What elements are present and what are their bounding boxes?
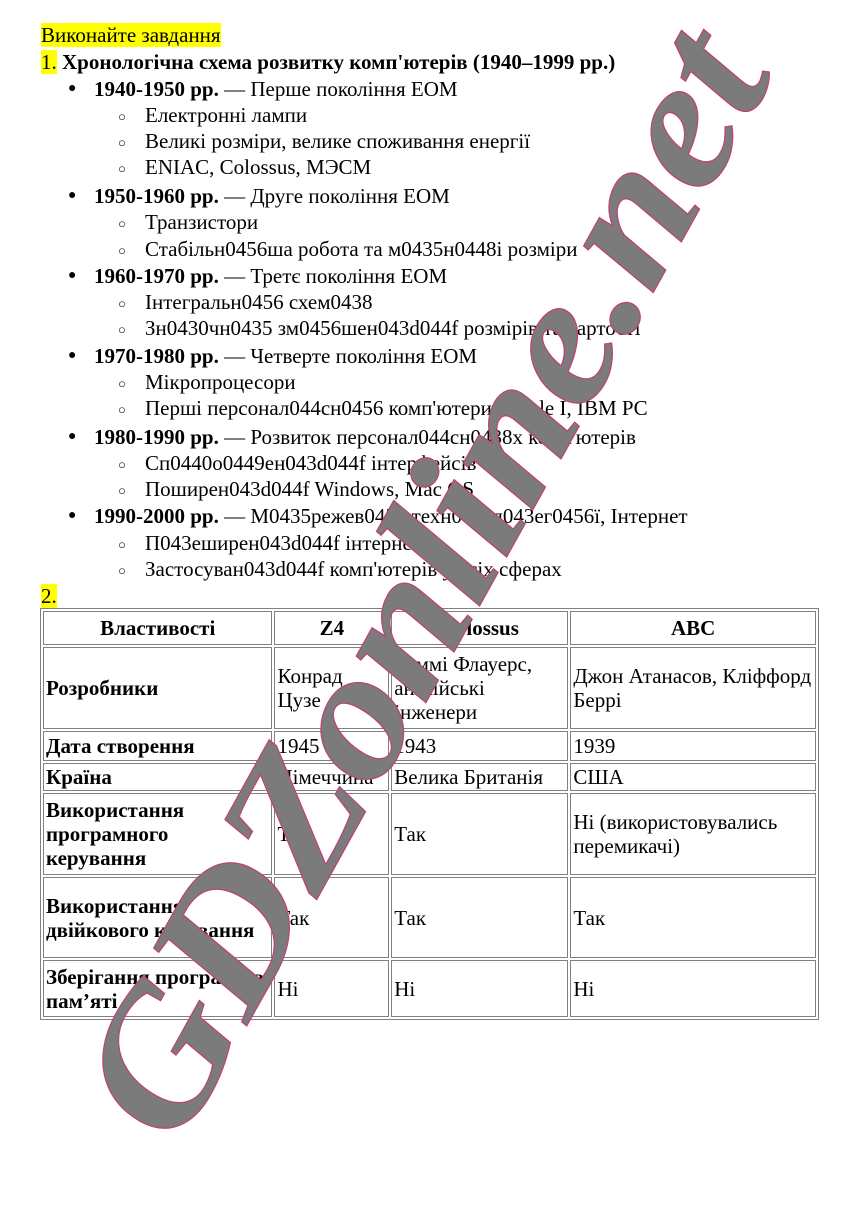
table-cell: США (570, 763, 816, 791)
period-years: 1980-1990 рр. (94, 425, 219, 449)
period-subitem: ○Застосуван043d044f комп'ютерів у всіх с… (145, 556, 562, 582)
circle-bullet-icon: ○ (118, 558, 126, 584)
header-colossus: Colossus (391, 611, 568, 645)
period-subitem: ○Електронні лампи (145, 102, 307, 128)
circle-bullet-icon: ○ (118, 397, 126, 423)
section1-title: Хронологічна схема розвитку комп'ютерів … (62, 50, 615, 74)
circle-bullet-icon: ○ (118, 317, 126, 343)
table-cell: Ні (274, 960, 389, 1017)
row-label: Дата створення (43, 731, 272, 761)
subitem-text: Стабільн0456ша робота та м0435н0448і роз… (145, 237, 577, 261)
period-years: 1990-2000 рр. (94, 504, 219, 528)
subitem-text: Електронні лампи (145, 103, 307, 127)
period-subitem: ○Перші персонал044сн0456 комп'ютери: App… (145, 395, 648, 421)
table-cell: Так (391, 877, 568, 958)
bullet-icon: ● (68, 424, 76, 450)
table-cell: Томмі Флауерс, англійські інженери (391, 647, 568, 729)
period-subitem: ○П043еширен043d044f інтернету (145, 530, 431, 556)
header-properties: Властивості (43, 611, 272, 645)
bullet-icon: ● (68, 76, 76, 102)
period-subitem: ○Сп0440о0449ен043d044f інтерфейсів (145, 450, 476, 476)
table-header-row: Властивості Z4 Colossus ABC (43, 611, 816, 645)
subitem-text: Застосуван043d044f комп'ютерів у всіх сф… (145, 557, 562, 581)
bullet-icon: ● (68, 263, 76, 289)
period-description: — Розвиток персонал044сн0438х комп'ютері… (219, 425, 636, 449)
table-cell: Так (274, 877, 389, 958)
row-label: Використання програмного керування (43, 793, 272, 875)
period-item: ●1970-1980 рр. — Четверте покоління ЕОМ (94, 343, 477, 369)
table-cell: Так (391, 793, 568, 875)
header-abc: ABC (570, 611, 816, 645)
period-subitem: ○ENIAC, Colossus, МЭСМ (145, 154, 371, 180)
period-subitem: ○Стабільн0456ша робота та м0435н0448і ро… (145, 236, 577, 262)
period-description: — Друге покоління ЕОМ (219, 184, 450, 208)
table-cell: Так (570, 877, 816, 958)
document-page: Виконайте завдання 1. Хронологічна схема… (0, 0, 860, 1224)
circle-bullet-icon: ○ (118, 130, 126, 156)
table-row: КраїнаНімеччинаВелика БританіяСША (43, 763, 816, 791)
table-cell: Ні (391, 960, 568, 1017)
table-cell: Ні (використовувались перемикачі) (570, 793, 816, 875)
bullet-icon: ● (68, 503, 76, 529)
circle-bullet-icon: ○ (118, 238, 126, 264)
circle-bullet-icon: ○ (118, 371, 126, 397)
table-cell: 1939 (570, 731, 816, 761)
computers-comparison-table: Властивості Z4 Colossus ABC РозробникиКо… (40, 608, 819, 1020)
task-heading: Виконайте завдання (41, 22, 221, 48)
subitem-text: Інтегральн0456 схем0438 (145, 290, 373, 314)
period-years: 1950-1960 рр. (94, 184, 219, 208)
row-label: Країна (43, 763, 272, 791)
circle-bullet-icon: ○ (118, 478, 126, 504)
subitem-text: Транзистори (145, 210, 258, 234)
period-description: — Третє покоління ЕОМ (219, 264, 447, 288)
period-description: — Перше покоління ЕОМ (219, 77, 458, 101)
period-item: ●1940-1950 рр. — Перше покоління ЕОМ (94, 76, 458, 102)
table-cell: Велика Британія (391, 763, 568, 791)
circle-bullet-icon: ○ (118, 104, 126, 130)
period-subitem: ○Зн0430чн0435 зм0456шен043d044f розмірів… (145, 315, 641, 341)
table-row: Зберігання програми в пам’ятіНіНіНі (43, 960, 816, 1017)
header-z4: Z4 (274, 611, 389, 645)
subitem-text: ENIAC, Colossus, МЭСМ (145, 155, 371, 179)
period-subitem: ○Транзистори (145, 209, 258, 235)
period-years: 1940-1950 рр. (94, 77, 219, 101)
row-label: Розробники (43, 647, 272, 729)
subitem-text: Зн0430чн0435 зм0456шен043d044f розмірів … (145, 316, 641, 340)
table-cell: Конрад Цузе (274, 647, 389, 729)
bullet-icon: ● (68, 343, 76, 369)
subitem-text: П043еширен043d044f інтернету (145, 531, 431, 555)
table-cell: Німеччина (274, 763, 389, 791)
period-subitem: ○Мікропроцесори (145, 369, 296, 395)
period-item: ●1980-1990 рр. — Розвиток персонал044сн0… (94, 424, 636, 450)
period-item: ●1950-1960 рр. — Друге покоління ЕОМ (94, 183, 450, 209)
table-cell: Джон Атанасов, Кліффорд Беррі (570, 647, 816, 729)
period-item: ●1990-2000 рр. — М0435режев0456 техн043е… (94, 503, 688, 529)
table-row: Дата створення194519431939 (43, 731, 816, 761)
subitem-text: Мікропроцесори (145, 370, 296, 394)
section2-number: 2. (41, 584, 57, 608)
row-label: Зберігання програми в пам’яті (43, 960, 272, 1017)
circle-bullet-icon: ○ (118, 211, 126, 237)
table-cell: 1943 (391, 731, 568, 761)
period-years: 1970-1980 рр. (94, 344, 219, 368)
period-subitem: ○Великі розміри, велике споживання енерг… (145, 128, 530, 154)
bullet-icon: ● (68, 183, 76, 209)
period-subitem: ○Поширен043d044f Windows, Mac OS (145, 476, 474, 502)
table-cell: Так (274, 793, 389, 875)
subitem-text: Великі розміри, велике споживання енергі… (145, 129, 530, 153)
table-row: Використання програмного керуванняТакТак… (43, 793, 816, 875)
table-row: Використання двійкового кодуванняТакТакТ… (43, 877, 816, 958)
circle-bullet-icon: ○ (118, 291, 126, 317)
section1-number: 1. (41, 50, 57, 74)
section1-heading: 1. Хронологічна схема розвитку комп'ютер… (41, 49, 615, 75)
period-years: 1960-1970 рр. (94, 264, 219, 288)
period-description: — М0435режев0456 техн043ел043ег0456ї, Ін… (219, 504, 688, 528)
row-label: Використання двійкового кодування (43, 877, 272, 958)
subitem-text: Поширен043d044f Windows, Mac OS (145, 477, 474, 501)
circle-bullet-icon: ○ (118, 532, 126, 558)
table-cell: 1945 (274, 731, 389, 761)
subitem-text: Сп0440о0449ен043d044f інтерфейсів (145, 451, 476, 475)
period-description: — Четверте покоління ЕОМ (219, 344, 477, 368)
table-row: РозробникиКонрад ЦузеТоммі Флауерс, англ… (43, 647, 816, 729)
circle-bullet-icon: ○ (118, 156, 126, 182)
section2-heading: 2. (41, 583, 57, 609)
period-subitem: ○Інтегральн0456 схем0438 (145, 289, 373, 315)
subitem-text: Перші персонал044сн0456 комп'ютери: Appl… (145, 396, 648, 420)
table-cell: Ні (570, 960, 816, 1017)
period-item: ●1960-1970 рр. — Третє покоління ЕОМ (94, 263, 447, 289)
circle-bullet-icon: ○ (118, 452, 126, 478)
